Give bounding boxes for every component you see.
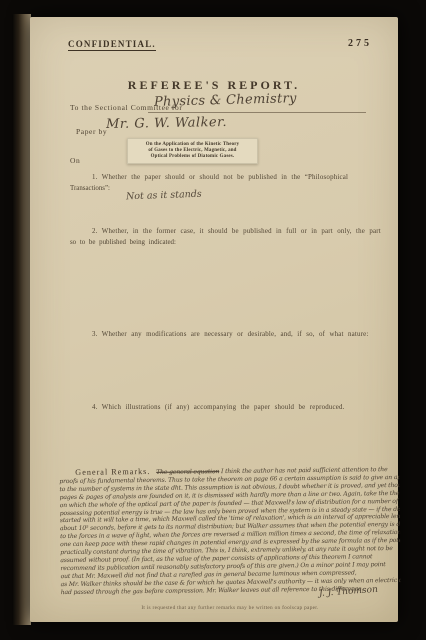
- on-label: On: [70, 156, 80, 165]
- page-number: 275: [348, 38, 372, 49]
- remarks-struck-text: The general equation: [156, 468, 219, 476]
- question-4-line1: 4. Which illustrations (if any) accompan…: [92, 404, 345, 411]
- report-title: REFEREE'S REPORT.: [30, 78, 398, 93]
- question-2-line2: so to be published being indicated:: [70, 239, 176, 246]
- general-remarks-label: General Remarks.: [59, 467, 154, 477]
- paper-by-value-handwritten: Mr. G. W. Walker.: [106, 115, 227, 132]
- paper-title-slip: On the Application of the Kinetic Theory…: [127, 138, 258, 164]
- committee-value-handwritten: Physics & Chemistry: [154, 91, 297, 110]
- book-spine-edge: [12, 14, 31, 625]
- footer-instruction: It is requested that any further remarks…: [80, 605, 380, 611]
- question-1-line1: 1. Whether the paper should or should no…: [92, 174, 348, 181]
- question-1-line2: Transactions”:: [70, 185, 110, 192]
- question-3-line1: 3. Whether any modifications are necessa…: [92, 331, 369, 338]
- photo-background: CONFIDENTIAL. 275 REFEREE'S REPORT. To t…: [0, 0, 426, 640]
- committee-rule-line: [148, 112, 366, 113]
- general-remarks-block: General Remarks. The general equation I …: [59, 465, 401, 597]
- report-page: CONFIDENTIAL. 275 REFEREE'S REPORT. To t…: [30, 17, 398, 622]
- slip-line-3: Optical Problems of Diatomic Gases.: [130, 154, 255, 160]
- question-2-line1: 2. Whether, in the former case, it shoul…: [92, 228, 381, 235]
- confidential-stamp: CONFIDENTIAL.: [68, 39, 156, 51]
- paper-by-label: Paper by: [76, 127, 107, 136]
- question-1-answer-handwritten: Not as it stands: [126, 189, 202, 203]
